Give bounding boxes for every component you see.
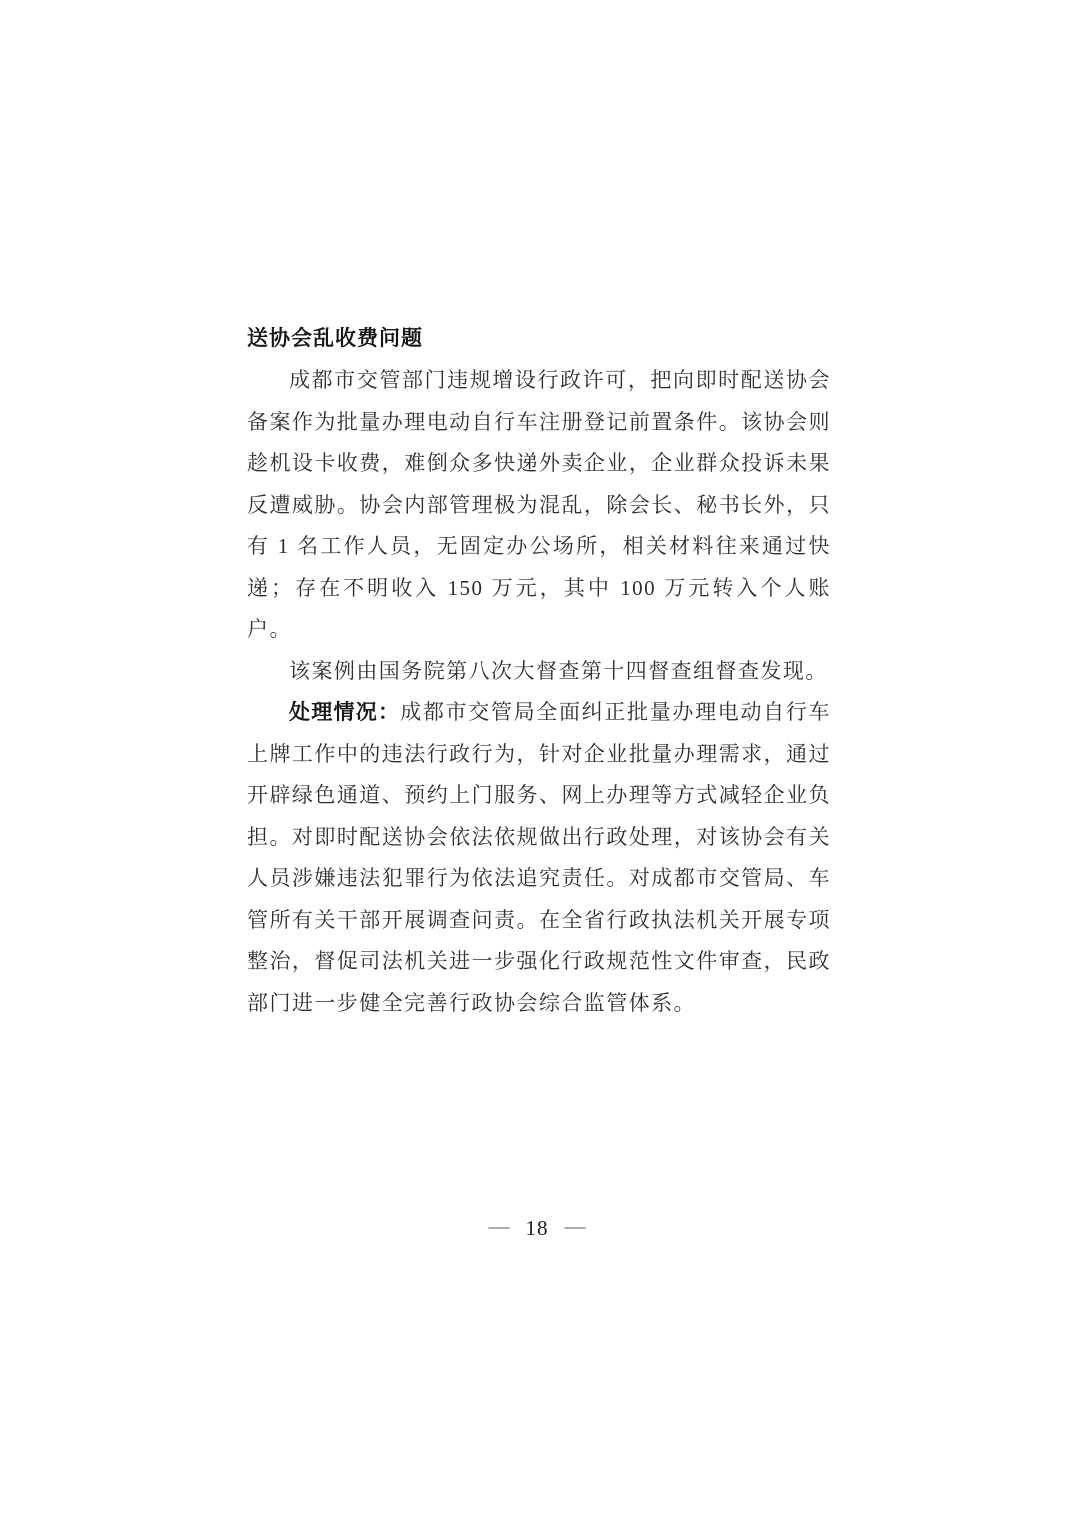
paragraph-case-description: 成都市交管部门违规增设行政许可，把向即时配送协会备案作为批量办理电动自行车注册登… [247, 360, 831, 651]
document-body: 送协会乱收费问题 成都市交管部门违规增设行政许可，把向即时配送协会备案作为批量办… [247, 318, 831, 1024]
paragraph-lead-label: 处理情况： [289, 701, 400, 724]
page-number: 18 [526, 1213, 549, 1243]
paragraph-case-source: 该案例由国务院第八次大督查第十四督查组督查发现。 [247, 651, 831, 693]
paragraph-text: 成都市交管局全面纠正批量办理电动自行车上牌工作中的违法行政行为，针对企业批量办理… [247, 700, 831, 1015]
section-heading: 送协会乱收费问题 [247, 318, 831, 360]
paragraph-handling-result: 处理情况：成都市交管局全面纠正批量办理电动自行车上牌工作中的违法行政行为，针对企… [247, 692, 831, 1024]
footer-left-dash: — [489, 1211, 510, 1241]
document-page: 送协会乱收费问题 成都市交管部门违规增设行政许可，把向即时配送协会备案作为批量办… [0, 0, 1074, 1520]
footer-right-dash: — [565, 1211, 586, 1241]
paragraph-text: 该案例由国务院第八次大督查第十四督查组督查发现。 [289, 659, 828, 683]
paragraph-text: 成都市交管部门违规增设行政许可，把向即时配送协会备案作为批量办理电动自行车注册登… [247, 368, 831, 641]
page-footer: —18— [0, 1213, 1074, 1243]
